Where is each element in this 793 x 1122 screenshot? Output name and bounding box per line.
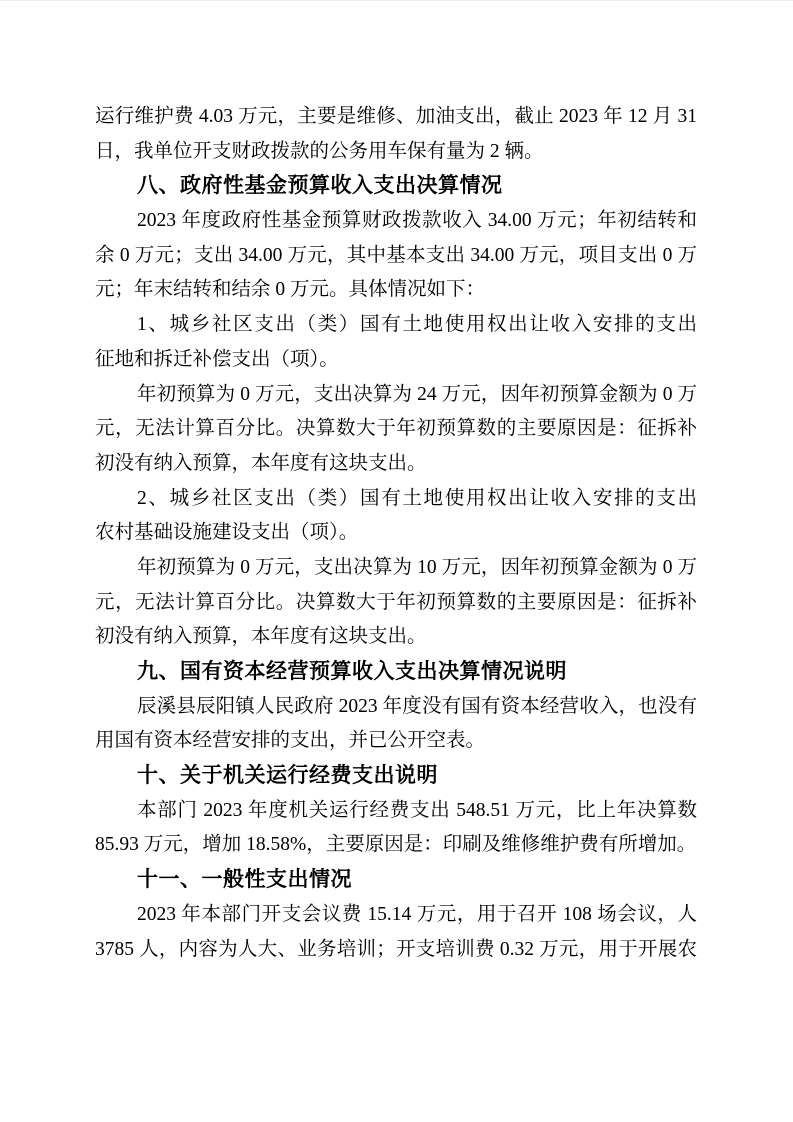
- document-body: 运行维护费 4.03 万元，主要是维修、加油支出，截止 2023 年 12 月 …: [95, 100, 697, 967]
- text-line: 2、城乡社区支出（类）国有土地使用权出让收入安排的支出（款）: [95, 482, 697, 517]
- text-line: 2023 年度政府性基金预算财政拨款收入 34.00 万元；年初结转和结: [95, 204, 697, 239]
- text-line: 3785 人，内容为人大、业务培训；开支培训费 0.32 万元，用于开展农业: [95, 933, 697, 968]
- text-line: 运行维护费 4.03 万元，主要是维修、加油支出，截止 2023 年 12 月 …: [95, 100, 697, 135]
- text-line: 本部门 2023 年度机关运行经费支出 548.51 万元，比上年决算数增加: [95, 794, 697, 829]
- text-line: 日，我单位开支财政拨款的公务用车保有量为 2 辆。: [95, 135, 697, 170]
- heading-section-10: 十、关于机关运行经费支出说明: [95, 759, 697, 794]
- text-line: 元，无法计算百分比。决算数大于年初预算数的主要原因是：征拆补偿年: [95, 412, 697, 447]
- text-line: 85.93 万元，增加 18.58%，主要原因是：印刷及维修维护费有所增加。: [95, 828, 697, 863]
- text-line: 农村基础设施建设支出（项）。: [95, 516, 697, 551]
- text-line: 2023 年本部门开支会议费 15.14 万元，用于召开 108 场会议，人数: [95, 898, 697, 933]
- text-line: 初没有纳入预算，本年度有这块支出。: [95, 620, 697, 655]
- text-line: 1、城乡社区支出（类）国有土地使用权出让收入安排的支出（款）: [95, 308, 697, 343]
- text-line: 辰溪县辰阳镇人民政府 2023 年度没有国有资本经营收入，也没有使: [95, 690, 697, 725]
- heading-section-11: 十一、一般性支出情况: [95, 863, 697, 898]
- text-line: 元，无法计算百分比。决算数大于年初预算数的主要原因是：征拆补偿年: [95, 586, 697, 621]
- heading-section-9: 九、国有资本经营预算收入支出决算情况说明: [95, 655, 697, 690]
- heading-section-8: 八、政府性基金预算收入支出决算情况: [95, 169, 697, 204]
- document-page: 运行维护费 4.03 万元，主要是维修、加油支出，截止 2023 年 12 月 …: [0, 0, 793, 1122]
- text-line: 元；年末结转和结余 0 万元。具体情况如下：: [95, 273, 697, 308]
- text-line: 征地和拆迁补偿支出（项）。: [95, 343, 697, 378]
- text-line: 余 0 万元；支出 34.00 万元，其中基本支出 34.00 万元，项目支出 …: [95, 239, 697, 274]
- text-line: 年初预算为 0 万元，支出决算为 10 万元，因年初预算金额为 0 万: [95, 551, 697, 586]
- text-line: 初没有纳入预算，本年度有这块支出。: [95, 447, 697, 482]
- text-line: 用国有资本经营安排的支出，并已公开空表。: [95, 724, 697, 759]
- text-line: 年初预算为 0 万元，支出决算为 24 万元，因年初预算金额为 0 万: [95, 378, 697, 413]
- page-top-edge: [0, 0, 793, 1]
